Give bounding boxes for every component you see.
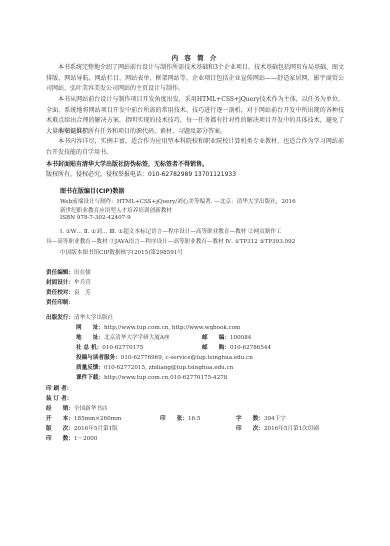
website-row: 网 址：http://www.tup.com.cn, http://www.wq… <box>76 323 240 331</box>
print-run-row: 印 数：1～2000 <box>46 434 97 442</box>
cip-line-record-number: 中国版本图书馆CIP数据核字(2015)第298591号 <box>60 248 183 256</box>
summary-paragraph-3: 本书提供了所有任务和项目的源代码、素材、习题及部分答案。 <box>46 127 344 138</box>
mail-order-row: 邮 购：010-62786544 <box>202 343 271 351</box>
postcode-row: 邮 编：100084 <box>202 333 251 341</box>
impression-row: 印 次：2016年5月第1次印刷 <box>236 424 319 432</box>
cip-line-classification-1: Ⅰ. ①W… Ⅱ. ①刘… Ⅲ. ①超文本标记语言—程序设计—高等职业教育—教材… <box>60 227 282 235</box>
courseware-row: 课件下载：http://www.tup.com.cn,010-62770175-… <box>76 373 227 381</box>
summary-paragraph-4: 本书内容详尽，实例丰富，适合作为应用型本科院校和职业院校计算机类专业教材，也适合… <box>46 137 344 158</box>
print-manager-row: 责任印制： <box>46 298 74 306</box>
reader-service-row: 投稿与读者服务：010-62776969, c-service@tup.tsin… <box>76 353 253 361</box>
cip-line-classification-2: 具—高等职业教育—教材 ③JAVA语言—程序设计—高等职业教育—教材 Ⅳ. ①T… <box>46 237 295 245</box>
switchboard-row: 社 总 机：010-62770175 <box>76 343 143 351</box>
copyright-text: 版权所有，侵权必究。侵权举报电话：010-62782989 1370112193… <box>46 171 236 178</box>
quality-feedback-row: 质量反馈：010-62772015, zhiliang@tup.tsinghua… <box>76 363 233 371</box>
copyright-notice: 版权所有，侵权必究。侵权举报电话：010-62782989 1370112193… <box>46 170 236 180</box>
printer-row: 印 刷 者： <box>46 384 72 392</box>
binder-row: 装 订 者： <box>46 394 72 402</box>
anti-piracy-notice: 本书封面贴有清华大学出版社防伪标签，无标签者不得销售。 <box>46 160 208 170</box>
editor-row: 责任编辑：田在儒 <box>46 268 91 276</box>
copyright-page: 内 容 简 介 本书系统完整地介绍了网站前台设计与制作所需技术基础和3个企业项目… <box>0 0 390 546</box>
summary-paragraph-1: 本书系统完整地介绍了网站前台设计与制作所需技术基础和3个企业项目。技术基础包括网… <box>46 63 344 95</box>
address-row: 地 址：北京清华大学学研大厦A座 <box>76 333 170 341</box>
distributor-row: 经 销：全国新华书店 <box>46 404 108 412</box>
cip-line-isbn: ISBN 978-7-302-42407-9 <box>60 215 131 221</box>
format-row: 开 本：185mm×260mm <box>46 414 121 422</box>
sheets-row: 印 张：16.5 <box>160 414 200 422</box>
cip-heading: 图书在版编目(CIP)数据 <box>60 186 125 195</box>
cover-designer-row: 封面设计：牟兵营 <box>46 278 91 286</box>
edition-row: 版 次：2016年5月第1版 <box>46 424 118 432</box>
cip-line-series: 新世纪职业教育应用型人才培养培训创新教材 <box>60 206 172 214</box>
word-count-row: 字 数：394千字 <box>236 414 286 422</box>
summary-title: 内 容 简 介 <box>0 53 390 62</box>
publisher-row: 出版发行：清华大学出版社 <box>46 313 113 321</box>
proofreader-row: 责任校对：袁 芳 <box>46 288 91 296</box>
cip-line-title: Web前端设计与制作：HTML+CSS+jQuery/刘心美等编著. —北京：清… <box>60 197 296 205</box>
